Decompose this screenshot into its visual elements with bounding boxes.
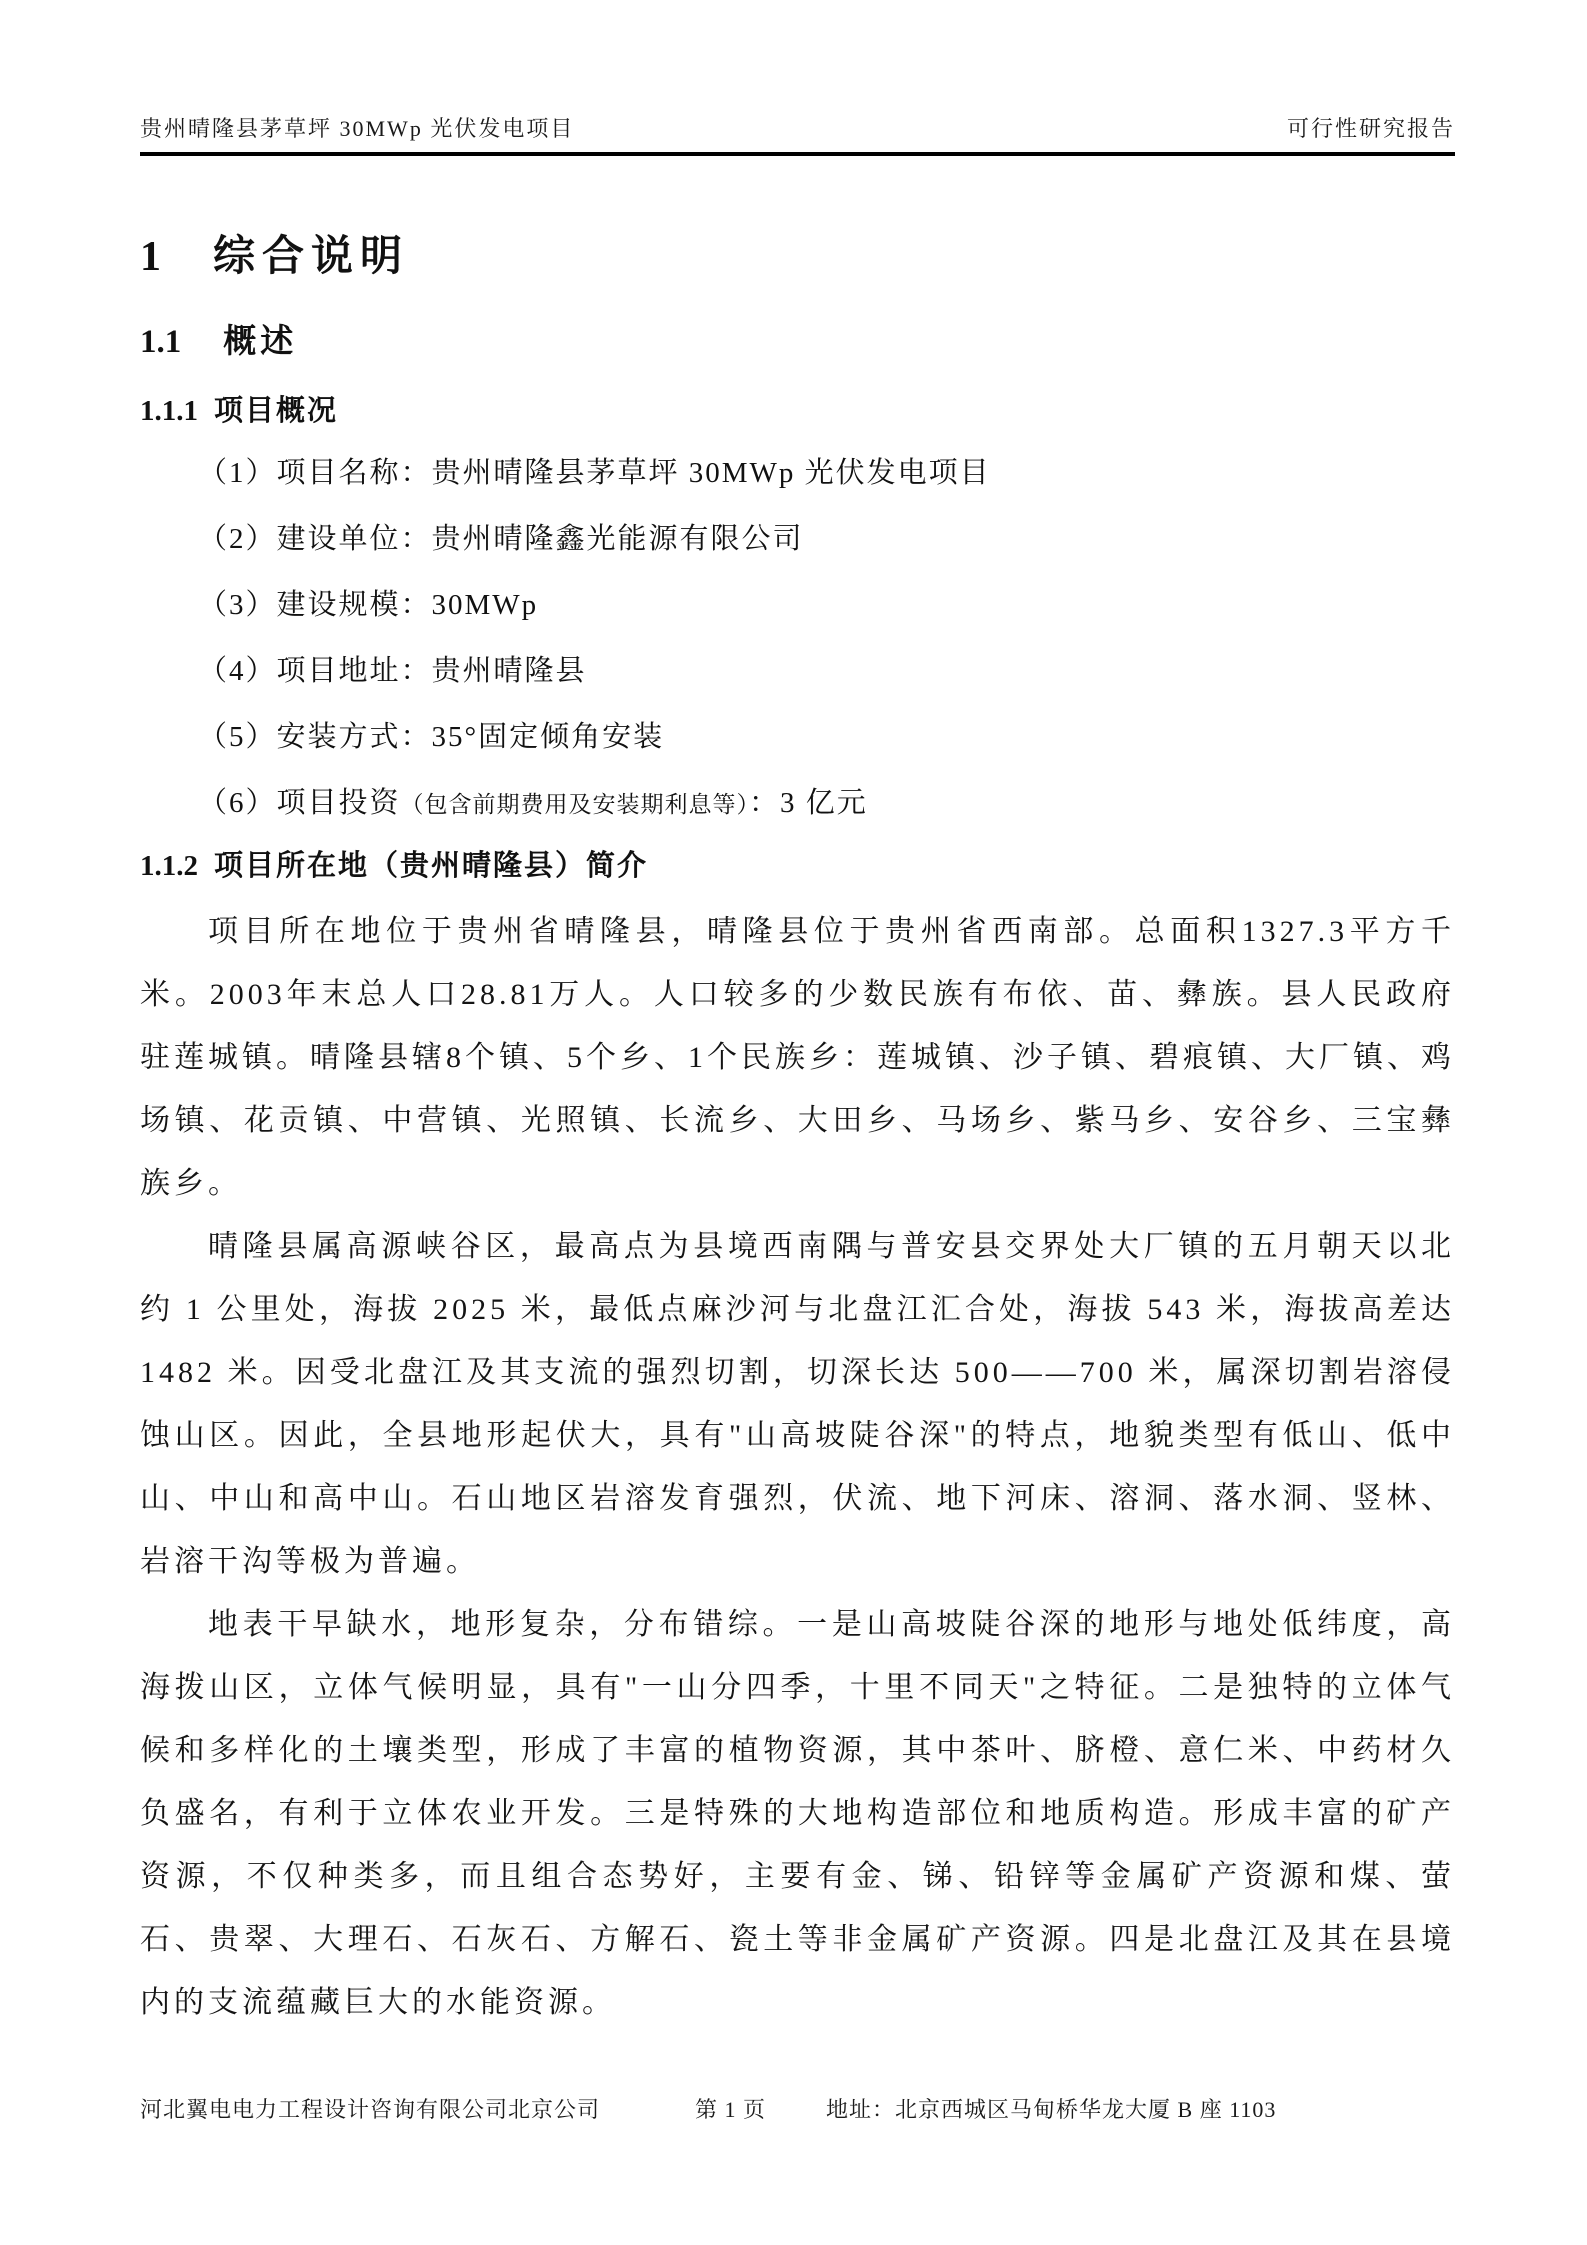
list-item: （3）建设规模：30MWp bbox=[140, 573, 1455, 639]
list-item-text: （4）项目地址：贵州晴隆县 bbox=[198, 655, 587, 687]
list-item-value: ：3 亿元 bbox=[749, 787, 868, 819]
subsection-number: 1.1.1 bbox=[140, 395, 198, 427]
subsection-title: 项目概况 bbox=[214, 395, 338, 427]
footer-page-number: 第 1 页 bbox=[695, 2093, 766, 2124]
page-header: 贵州晴隆县茅草坪 30MWp 光伏发电项目 可行性研究报告 bbox=[140, 0, 1455, 143]
list-item-text: （5）安装方式：35°固定倾角安装 bbox=[198, 721, 664, 753]
list-item: （6）项目投资（包含前期费用及安装期利息等）：3 亿元 bbox=[140, 771, 1455, 837]
footer-address: 地址：北京西城区马甸桥华龙大厦 B 座 1103 bbox=[826, 2093, 1276, 2124]
header-rule bbox=[140, 152, 1455, 156]
header-project-title: 贵州晴隆县茅草坪 30MWp 光伏发电项目 bbox=[140, 112, 574, 143]
list-item-text: （6）项目投资 bbox=[198, 787, 401, 819]
chapter-title: 综合说明 bbox=[213, 234, 409, 280]
section-number: 1.1 bbox=[140, 324, 181, 360]
project-overview-list: （1）项目名称：贵州晴隆县茅草坪 30MWp 光伏发电项目 （2）建设单位：贵州… bbox=[140, 441, 1455, 837]
list-item: （2）建设单位：贵州晴隆鑫光能源有限公司 bbox=[140, 507, 1455, 573]
chapter-number: 1 bbox=[140, 234, 161, 280]
subsection-number: 1.1.2 bbox=[140, 850, 198, 882]
paragraph: 项目所在地位于贵州省晴隆县，晴隆县位于贵州省西南部。总面积1327.3平方千米。… bbox=[140, 900, 1455, 1215]
list-item-text: （3）建设规模：30MWp bbox=[198, 589, 538, 621]
section-heading-1-1: 1.1概述 bbox=[140, 324, 1455, 360]
list-item: （5）安装方式：35°固定倾角安装 bbox=[140, 705, 1455, 771]
document-page: 贵州晴隆县茅草坪 30MWp 光伏发电项目 可行性研究报告 1综合说明 1.1概… bbox=[0, 0, 1587, 2245]
body-text: 项目所在地位于贵州省晴隆县，晴隆县位于贵州省西南部。总面积1327.3平方千米。… bbox=[140, 900, 1455, 2034]
page-footer: 河北翼电电力工程设计咨询有限公司北京公司 第 1 页 地址：北京西城区马甸桥华龙… bbox=[140, 2093, 1455, 2124]
footer-company: 河北翼电电力工程设计咨询有限公司北京公司 bbox=[140, 2093, 600, 2124]
list-item-text: （2）建设单位：贵州晴隆鑫光能源有限公司 bbox=[198, 523, 804, 555]
list-item: （4）项目地址：贵州晴隆县 bbox=[140, 639, 1455, 705]
list-item: （1）项目名称：贵州晴隆县茅草坪 30MWp 光伏发电项目 bbox=[140, 441, 1455, 507]
paragraph: 晴隆县属高源峡谷区，最高点为县境西南隅与普安县交界处大厂镇的五月朝天以北约 1 … bbox=[140, 1215, 1455, 1593]
subsection-title: 项目所在地（贵州晴隆县）简介 bbox=[214, 850, 648, 882]
list-item-text: （1）项目名称：贵州晴隆县茅草坪 30MWp 光伏发电项目 bbox=[198, 457, 991, 489]
subsection-heading-1-1-1: 1.1.1项目概况 bbox=[140, 396, 1455, 428]
subsection-heading-1-1-2: 1.1.2项目所在地（贵州晴隆县）简介 bbox=[140, 851, 1455, 883]
section-title: 概述 bbox=[223, 324, 297, 360]
paragraph: 地表干早缺水，地形复杂，分布错综。一是山高坡陡谷深的地形与地处低纬度，高海拨山区… bbox=[140, 1593, 1455, 2034]
header-doc-type: 可行性研究报告 bbox=[1287, 112, 1455, 143]
list-item-note: （包含前期费用及安装期利息等） bbox=[401, 792, 750, 817]
chapter-heading: 1综合说明 bbox=[140, 234, 1455, 280]
